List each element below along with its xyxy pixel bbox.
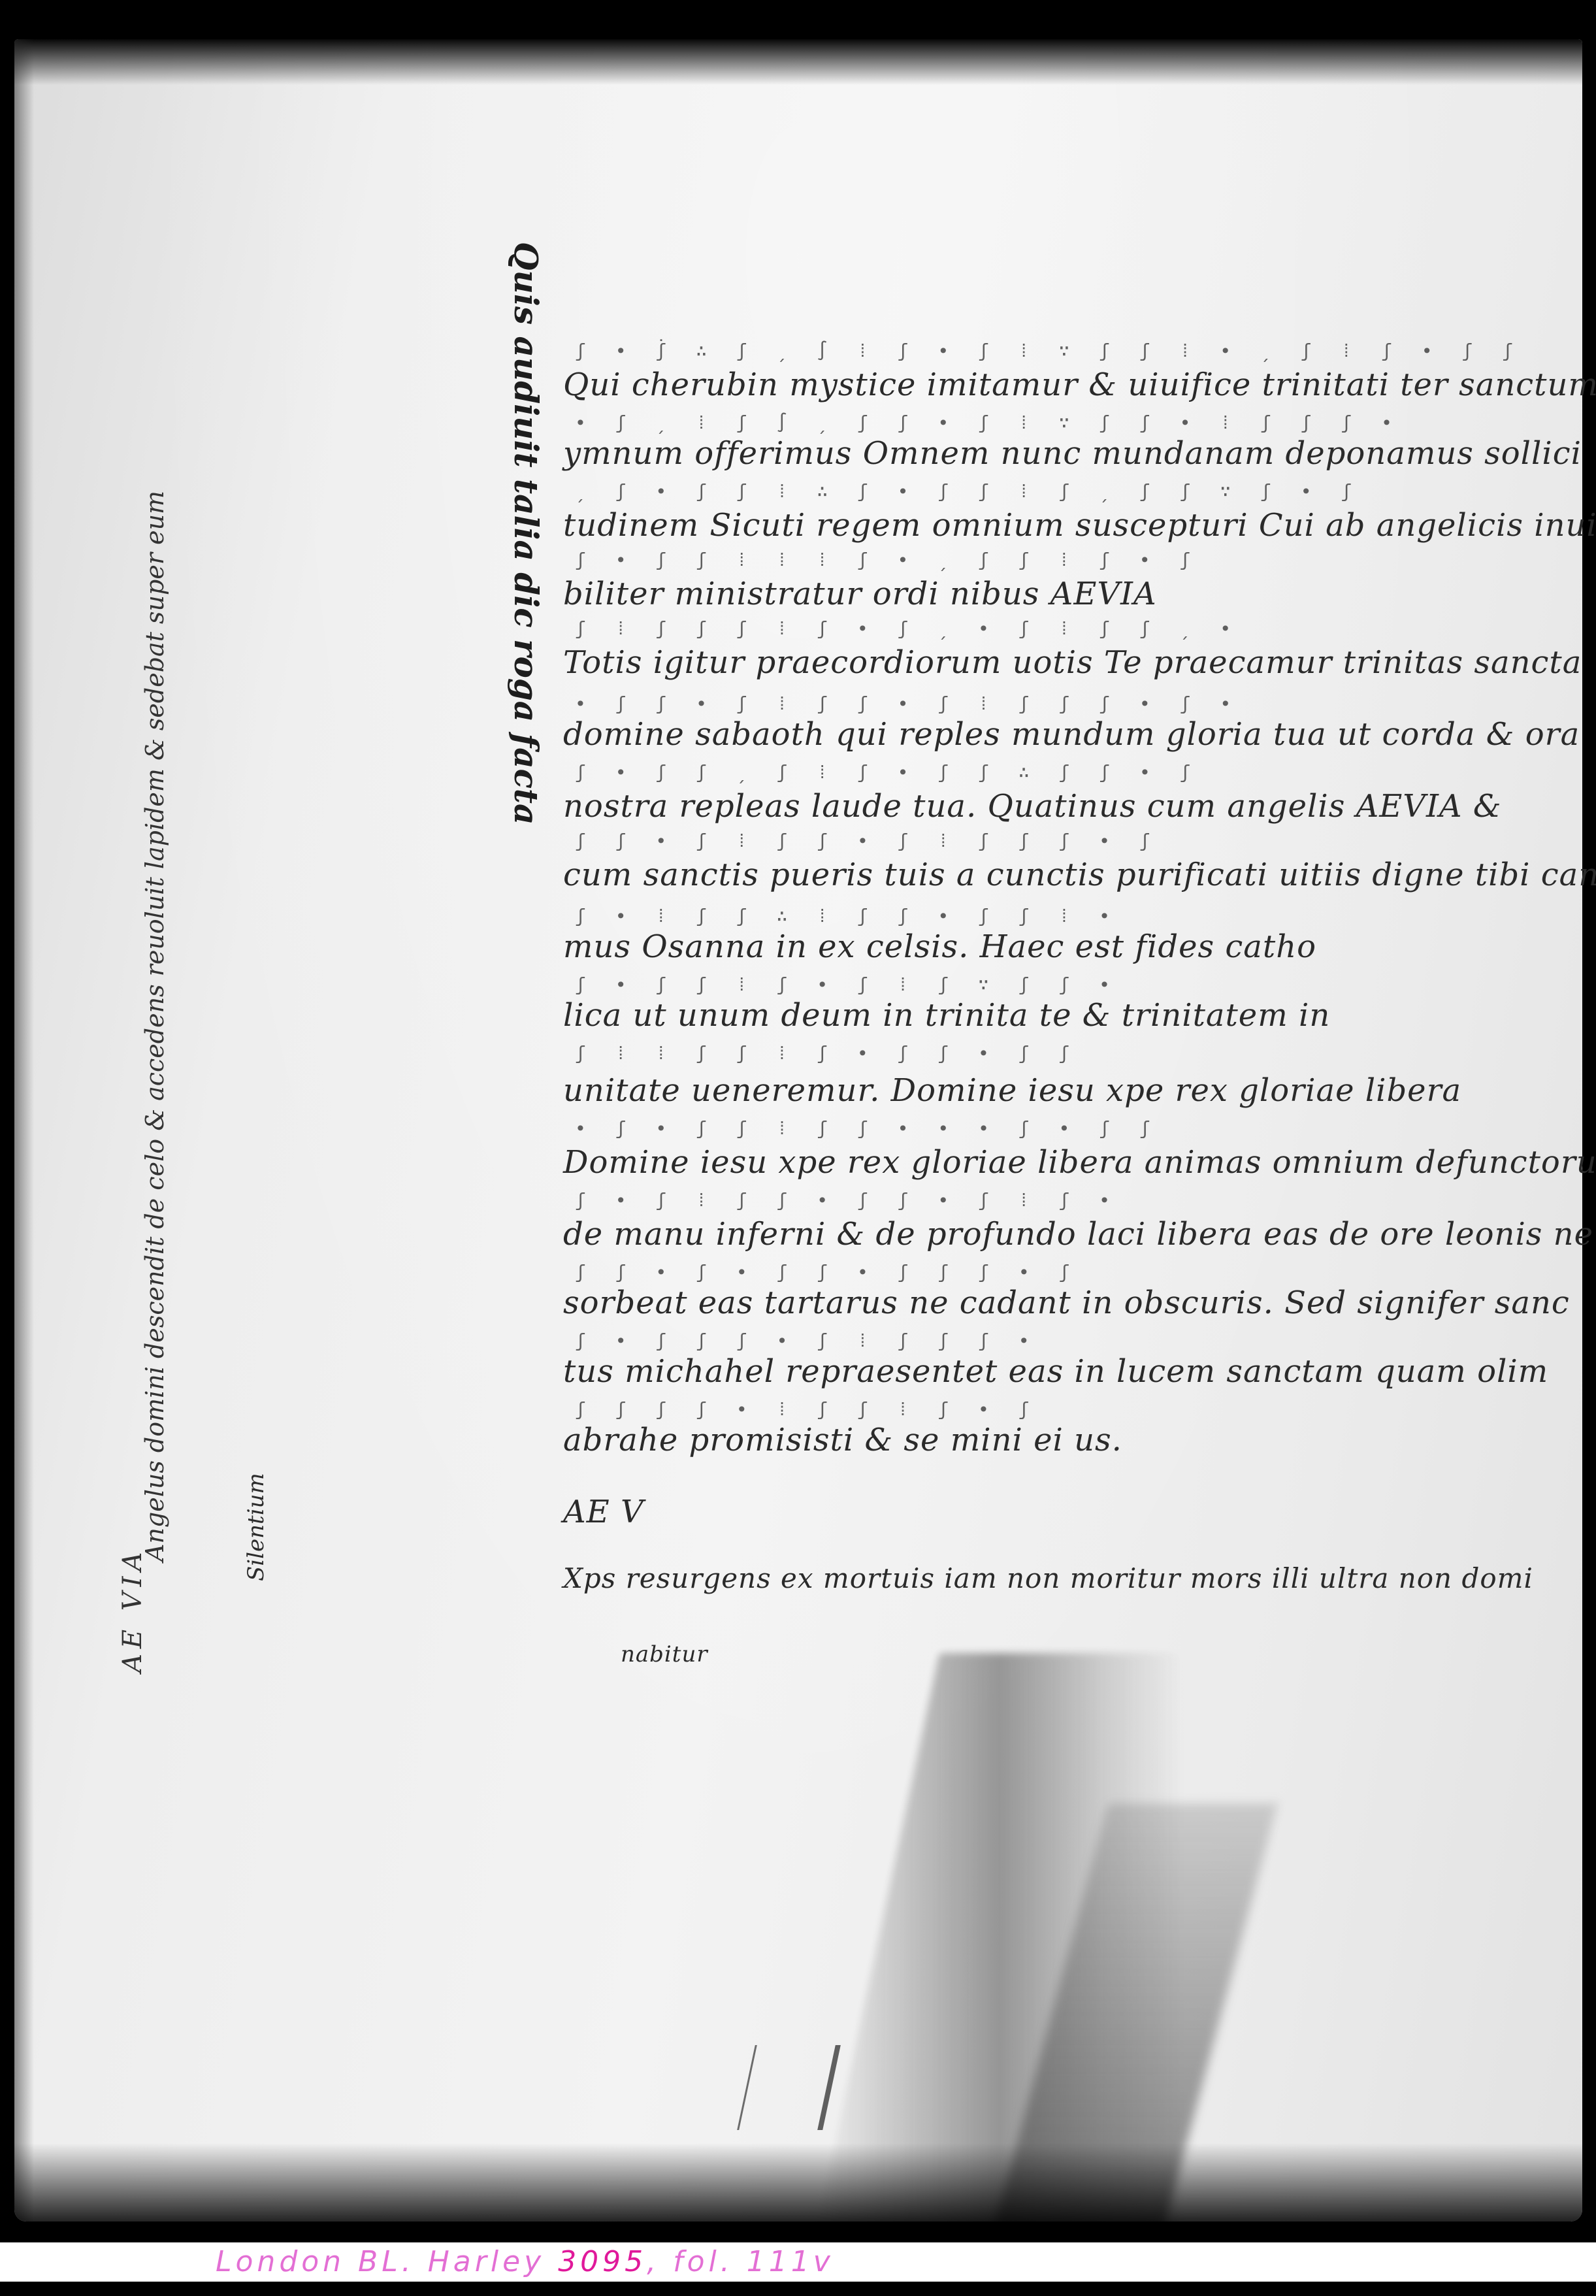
parchment-tear xyxy=(737,2045,841,2130)
neume-row: ∙ ʃ ∙ ʃ ʃ ⁞ ʃ ʃ ∙ ∙ ∙ ʃ ∙ ʃ ʃ xyxy=(575,1117,1160,1140)
neume-row: ʃ ∙ ʃ ʃ ⁞ ⁞ ⁞ ʃ ∙ ˏ ʃ ʃ ⁞ ʃ ∙ ʃ xyxy=(575,549,1199,572)
neume-row: ʃ ʃ ʃ ʃ ∙ ⁞ ʃ ʃ ⁞ ʃ ∙ ʃ xyxy=(575,1398,1039,1421)
text-line: nostra repleas laude tua. Quatinus cum a… xyxy=(563,791,1502,822)
neume-row: ʃ ∙ ʃ̇ ∴ ʃ ˏ ∫ ⁞ ʃ ∙ ʃ ⁞ ∵ ʃ ʃ ⁞ ∙ ˏ ʃ ⁞… xyxy=(575,340,1522,363)
text-line: mus Osanna in ex celsis. Haec est fides … xyxy=(563,931,1316,962)
text-line: cum sanctis pueris tuis a cunctis purifi… xyxy=(563,859,1596,891)
text-line: Domine iesu xpe rex gloriae libera anima… xyxy=(563,1147,1596,1178)
page-bottom-edge xyxy=(14,2143,1582,2222)
text-line: Qui cherubin mystice imitamur & uiuifice… xyxy=(563,369,1596,401)
text-line: unitate ueneremur. Domine iesu xpe rex g… xyxy=(563,1075,1461,1106)
text-line: de manu inferni & de profundo laci liber… xyxy=(563,1219,1596,1250)
margin-silentium: Silentium xyxy=(243,1473,269,1581)
text-line: lica ut unum deum in trinita te & trinit… xyxy=(563,1000,1330,1031)
neume-row: ʃ ⁞ ⁞ ʃ ʃ ⁞ ʃ ∙ ʃ ʃ ∙ ʃ ʃ xyxy=(575,1042,1079,1065)
text-line: tus michahel repraesentet eas in lucem s… xyxy=(563,1356,1548,1387)
neume-row: ʃ ∙ ʃ ʃ ⁞ ʃ ∙ ʃ ⁞ ʃ ∵ ʃ ʃ ∙ xyxy=(575,974,1119,996)
neume-row: ʃ ∙ ⁞ ʃ ʃ ∴ ⁞ ʃ ʃ ∙ ʃ ʃ ⁞ ∙ xyxy=(575,905,1119,928)
text-line: domine sabaoth qui reples mundum gloria … xyxy=(563,719,1580,750)
page-top-edge xyxy=(14,39,1582,85)
text-line: ymnum offerimus Omnem nunc mundanam depo… xyxy=(563,438,1582,469)
neume-row: ʃ ʃ ∙ ʃ ⁞ ʃ ʃ ∙ ʃ ⁞ ʃ ʃ ʃ ∙ ʃ xyxy=(575,830,1160,853)
neume-row: ∙ ʃ ʃ ∙ ʃ ⁞ ʃ ʃ ∙ ʃ ⁞ ʃ ʃ ʃ ∙ ʃ ∙ xyxy=(575,693,1240,715)
text-line: Xps resurgens ex mortuis iam non moritur… xyxy=(563,1565,1533,1592)
shelfmark-label: London BL. Harley 3095, fol. 111v xyxy=(216,2245,834,2278)
neume-row: ʃ ʃ ∙ ʃ ∙ ʃ ʃ ∙ ʃ ʃ ʃ ∙ ʃ xyxy=(575,1261,1079,1283)
shelfmark-folio: , fol. 111v xyxy=(647,2245,834,2278)
shelfmark-prefix: London BL. Harley xyxy=(216,2245,558,2278)
text-line: sorbeat eas tartarus ne cadant in obscur… xyxy=(563,1287,1570,1319)
shelfmark-number: 3095 xyxy=(558,2245,647,2278)
neume-row: ʃ ∙ ʃ ⁞ ʃ ʃ ∙ ʃ ʃ ∙ ʃ ⁞ ʃ ∙ xyxy=(575,1189,1119,1212)
neume-row: ˏ ʃ ∙ ʃ ʃ ⁞ ∴ ʃ ∙ ʃ ʃ ⁞ ʃ ˏ ʃ ʃ ∵ ʃ ∙ ʃ xyxy=(575,480,1361,503)
text-line: biliter ministratur ordi nibus AEVIA xyxy=(563,578,1157,610)
margin-aevia: AE VIA xyxy=(118,1547,148,1673)
text-line: tudinem Sicuti regem omnium suscepturi C… xyxy=(563,510,1596,541)
text-line: Totis igitur praecordiorum uotis Te prae… xyxy=(563,647,1582,678)
text-line-aev: AE V xyxy=(563,1496,644,1528)
text-line: nabitur xyxy=(621,1643,708,1665)
margin-antiphon-text: Angelus domini descendit de celo & acced… xyxy=(140,491,169,1562)
vertical-rubric: Quis audiuit talia dic roga facta xyxy=(507,242,546,825)
neume-row: ʃ ∙ ʃ ʃ ʃ ∙ ʃ ⁞ ʃ ʃ ʃ ∙ xyxy=(575,1330,1039,1353)
page-left-edge xyxy=(14,39,34,2222)
neume-row: ∙ ʃ ˏ ⁞ ʃ ∫ ˏ ʃ ʃ ∙ ʃ ⁞ ∵ ʃ ʃ ∙ ⁞ ʃ ʃ ʃ … xyxy=(575,412,1401,435)
text-line: abrahe promisisti & se mini ei us. xyxy=(563,1424,1122,1456)
neume-row: ʃ ⁞ ʃ ʃ ʃ ⁞ ʃ ∙ ʃ ˏ ∙ ʃ ⁞ ʃ ʃ ˏ ∙ xyxy=(575,617,1240,640)
neume-row: ʃ ∙ ʃ ʃ ˏ ʃ ⁞ ʃ ∙ ʃ ʃ ∴ ʃ ʃ ∙ ʃ xyxy=(575,761,1200,784)
